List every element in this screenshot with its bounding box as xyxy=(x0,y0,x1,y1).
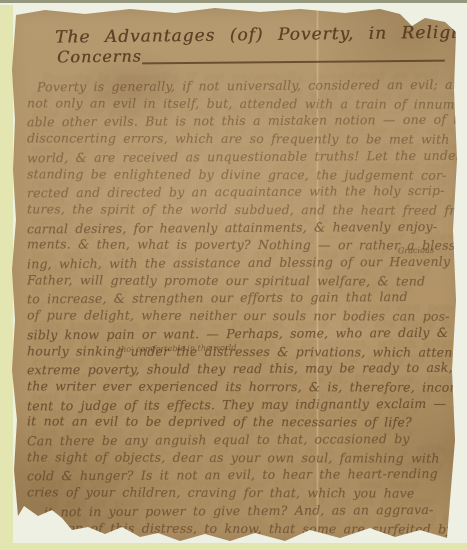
manuscript-line: standing be enlightened by divine grace,… xyxy=(27,166,461,182)
manuscript-line: tent to judge of its effects. They may i… xyxy=(27,395,461,413)
manuscript-line: tion of this distress, to know, that som… xyxy=(58,520,467,536)
mat-strip-bottom xyxy=(0,543,467,550)
manuscript-line: the sight of objects, dear as your own s… xyxy=(27,449,461,465)
manuscript-line: extreme poverty, should they read this, … xyxy=(27,360,461,378)
manuscript-line: disconcerting errors, which are so frequ… xyxy=(27,130,461,146)
mat-strip-left xyxy=(0,5,13,550)
manuscript-paper: The Advantages (of) Poverty, in Religiou… xyxy=(0,0,467,550)
manuscript-line: the writer ever experienced its horrors,… xyxy=(27,378,461,394)
manuscript-line: world, & are received as unquestionable … xyxy=(27,147,461,165)
manuscript-line: it not in your power to give them? And, … xyxy=(44,501,467,519)
manuscript-line: of pure delight, where neither our souls… xyxy=(27,307,461,323)
manuscript-line: it not an evil to be deprived of the nec… xyxy=(27,414,461,430)
manuscript-line: Poverty is generally, if not universally… xyxy=(37,77,467,95)
manuscript-line: Father, will greatly promote our spiritu… xyxy=(27,272,461,288)
manuscript-line: ing, which, with the assistance and bles… xyxy=(27,254,461,272)
manuscript-line: carnal desires, for heavenly attainments… xyxy=(27,218,461,236)
manuscript-line: to increase, & strengthen our efforts to… xyxy=(27,289,461,307)
manuscript-line: not only an evil in itself, but, attende… xyxy=(27,95,461,111)
manuscript-photo: The Advantages (of) Poverty, in Religiou… xyxy=(0,0,467,550)
manuscript-line: hourly sinking under the distresses & pr… xyxy=(27,343,461,359)
manuscript-line: cries of your children, craving for that… xyxy=(27,484,461,500)
manuscript-line: able other evils. But is not this a mist… xyxy=(27,112,461,130)
manuscript-line: ments. & then, what is poverty? Nothing … xyxy=(27,237,461,253)
manuscript-line: tures, the spirit of the world subdued, … xyxy=(27,201,461,217)
manuscript-line: Can there be any anguish equal to that, … xyxy=(27,431,461,449)
photo-top-edge xyxy=(0,0,467,3)
manuscript-line: sibly know pain or want. — Perhaps, some… xyxy=(27,324,461,342)
manuscript-body: Poverty is generally, if not universally… xyxy=(0,0,467,550)
interlined-insertion: Gracious xyxy=(398,246,434,256)
manuscript-line: rected and directed by an acquaintance w… xyxy=(27,183,461,201)
manuscript-line: cold & hunger? Is it not an evil, to hea… xyxy=(27,466,461,484)
